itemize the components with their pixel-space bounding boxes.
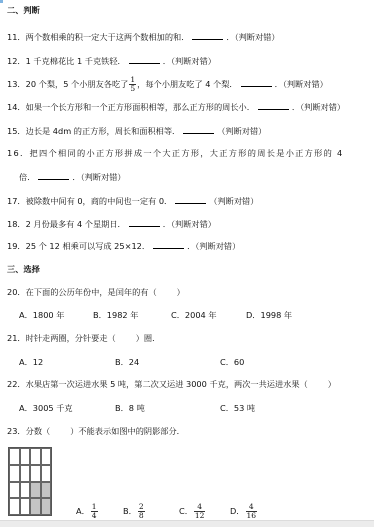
instruction-hint: （判断对错） [217, 126, 266, 136]
separator: ． [17, 241, 25, 251]
grid-cell [20, 465, 31, 482]
question-text: 25 个 12 相乘可以写成 25×12． [26, 241, 150, 251]
option-c[interactable]: C．53 吨 [220, 402, 255, 414]
separator: ． [17, 196, 25, 206]
grid-cell [20, 448, 31, 465]
grid-cell [41, 465, 52, 482]
option-label: C． [179, 506, 193, 516]
window-corner-marker [0, 0, 3, 3]
option-b[interactable]: B．8 吨 [115, 402, 145, 414]
separator: ． [17, 102, 25, 112]
separator: ． [17, 426, 25, 436]
question-text-end: ） [328, 379, 336, 389]
fraction: 412 [194, 503, 206, 520]
punctuation: ． [226, 32, 234, 42]
grid-cell [30, 465, 41, 482]
question-text: 边长是 4dm 的正方形，周长和面积相等． [26, 126, 181, 136]
option-d[interactable]: D．1998 年 [246, 309, 292, 321]
question-text: 2 月份最多有 4 个星期日． [26, 219, 126, 229]
separator: ． [17, 56, 25, 66]
answer-blank[interactable] [153, 239, 184, 249]
question-text-end: ）不能表示如图中的阴影部分． [70, 426, 185, 436]
answer-blank[interactable] [241, 77, 272, 87]
fraction: 28 [138, 503, 145, 520]
question-number: 13 [7, 79, 17, 89]
question-19: 19．25 个 12 相乘可以写成 25×12．．（判断对错） [7, 239, 240, 252]
answer-blank[interactable] [192, 30, 223, 40]
punctuation: ． [72, 172, 80, 182]
answer-blank[interactable] [129, 217, 160, 227]
grid-cell [20, 482, 31, 499]
question-number: 12 [7, 56, 17, 66]
instruction-hint: （判断对错） [171, 219, 216, 229]
question-18: 18．2 月份最多有 4 个星期日．．（判断对错） [7, 217, 216, 230]
grid-cell [20, 498, 31, 515]
option-a[interactable]: A．12 [19, 356, 43, 368]
answer-blank[interactable] [183, 124, 214, 134]
page-bottom-edge [0, 520, 374, 527]
question-15: 15．边长是 4dm 的正方形，周长和面积相等．（判断对错） [7, 124, 266, 137]
separator: ． [17, 126, 25, 136]
option-b[interactable]: B．1982 年 [93, 309, 138, 321]
question-number: 20 [7, 287, 17, 297]
instruction-hint: （判断对错） [235, 32, 280, 42]
instruction-hint: （判断对错） [300, 102, 345, 112]
instruction-hint: （判断对错） [209, 196, 258, 206]
separator: ． [17, 219, 25, 229]
question-number: 21 [7, 333, 17, 343]
question-16-continuation: 倍．．（判断对错） [19, 170, 126, 183]
question-text: 被除数中间有 0，商的中间也一定有 0． [26, 196, 173, 206]
fraction: 416 [246, 503, 258, 520]
instruction-hint: （判断对错） [195, 241, 240, 251]
question-text: 分数（ [26, 426, 51, 436]
punctuation: ． [163, 219, 171, 229]
grid-cell [9, 465, 20, 482]
option-c[interactable]: C．412 [179, 503, 206, 520]
question-number: 17 [7, 196, 17, 206]
fraction: 15 [129, 76, 136, 93]
question-text: 1 千克棉花比 1 千克铁轻． [26, 56, 126, 66]
question-text: 时针走两圈，分针要走（ [26, 333, 116, 343]
fraction-denominator: 12 [194, 512, 206, 520]
instruction-hint: （判断对错） [171, 56, 216, 66]
question-21: 21．时针走两圈，分针要走（）圈． [7, 332, 160, 344]
answer-blank[interactable] [175, 194, 206, 204]
question-text-cont: 倍． [19, 172, 35, 182]
instruction-hint: （判断对错） [81, 172, 126, 182]
separator: ． [20, 148, 30, 158]
question-number: 19 [7, 241, 17, 251]
punctuation: ． [163, 56, 171, 66]
question-22: 22．水果店第一次运进水果 5 吨，第二次又运进 3000 千克，两次一共运进水… [7, 378, 336, 390]
question-text: 水果店第一次运进水果 5 吨，第二次又运进 3000 千克，两次一共运进水果（ [26, 379, 308, 389]
answer-blank[interactable] [258, 100, 289, 110]
section-heading-judgment: 二、判断 [7, 4, 40, 16]
option-c[interactable]: C．2004 年 [171, 309, 217, 321]
separator: ． [17, 379, 25, 389]
question-13: 13．20 个梨，5 个小朋友各吃了15，每个小朋友吃了 4 个梨．．（判断对错… [7, 76, 328, 93]
option-label: A． [76, 506, 90, 516]
option-label: B． [123, 506, 137, 516]
grid-cell [9, 498, 20, 515]
fraction-denominator: 5 [129, 85, 136, 93]
option-b[interactable]: B．28 [123, 503, 146, 520]
question-number: 18 [7, 219, 17, 229]
question-16: 16．把四个相同的小正方形拼成一个大正方形，大正方形的周长是小正方形的 4 [7, 147, 344, 159]
question-number: 23 [7, 426, 17, 436]
grid-cell [41, 448, 52, 465]
option-c[interactable]: C．60 [220, 356, 244, 368]
question-12: 12．1 千克棉花比 1 千克铁轻．．（判断对错） [7, 54, 216, 67]
grid-cell [9, 482, 20, 499]
question-text: 在下面的公历年份中，是闰年的有（ [26, 287, 157, 297]
question-11: 11．两个数相乘的积一定大于这两个数相加的和．．（判断对错） [7, 30, 280, 43]
grid-cell-shaded [30, 498, 41, 515]
question-text: 如果一个长方形和一个正方形面积相等，那么正方形的周长小． [26, 102, 255, 112]
answer-blank[interactable] [38, 170, 69, 180]
fraction-denominator: 8 [138, 512, 145, 520]
question-number: 16 [7, 148, 20, 158]
question-text-end: ） [177, 287, 185, 297]
separator: ． [17, 79, 25, 89]
question-number: 14 [7, 102, 17, 112]
option-a[interactable]: A．1800 年 [19, 309, 64, 321]
question-number: 11 [7, 32, 17, 42]
fraction-denominator: 16 [246, 512, 258, 520]
question-14: 14．如果一个长方形和一个正方形面积相等，那么正方形的周长小．．（判断对错） [7, 100, 345, 113]
option-a[interactable]: A．3005 千克 [19, 402, 73, 414]
grid-cell-shaded [41, 482, 52, 499]
option-b[interactable]: B．24 [115, 356, 139, 368]
question-text: 20 个梨，5 个小朋友各吃了 [26, 79, 129, 89]
answer-blank[interactable] [129, 54, 160, 64]
option-label: D． [230, 506, 245, 516]
grid-cell [9, 448, 20, 465]
option-a[interactable]: A．14 [76, 503, 99, 520]
question-number: 15 [7, 126, 17, 136]
separator: ． [17, 32, 25, 42]
shaded-grid-figure [8, 447, 52, 516]
punctuation: ． [292, 102, 300, 112]
question-text: 两个数相乘的积一定大于这两个数相加的和． [26, 32, 190, 42]
question-20: 20．在下面的公历年份中，是闰年的有（） [7, 286, 185, 298]
question-17: 17．被除数中间有 0，商的中间也一定有 0．（判断对错） [7, 194, 258, 207]
grid-cell [30, 448, 41, 465]
separator: ． [17, 287, 25, 297]
question-number: 22 [7, 379, 17, 389]
question-text-end: ）圈． [136, 333, 161, 343]
question-text: 把四个相同的小正方形拼成一个大正方形，大正方形的周长是小正方形的 4 [30, 148, 344, 158]
grid-cell-shaded [30, 482, 41, 499]
separator: ． [17, 333, 25, 343]
grid-cell-shaded [41, 498, 52, 515]
instruction-hint: （判断对错） [283, 79, 328, 89]
fraction-denominator: 4 [91, 512, 98, 520]
fraction: 14 [91, 503, 98, 520]
section-heading-choice: 三、选择 [7, 263, 40, 275]
option-d[interactable]: D．416 [230, 503, 258, 520]
question-23: 23．分数（）不能表示如图中的阴影部分． [7, 425, 185, 437]
punctuation: ． [275, 79, 283, 89]
question-text-cont: ，每个小朋友吃了 4 个梨． [137, 79, 237, 89]
